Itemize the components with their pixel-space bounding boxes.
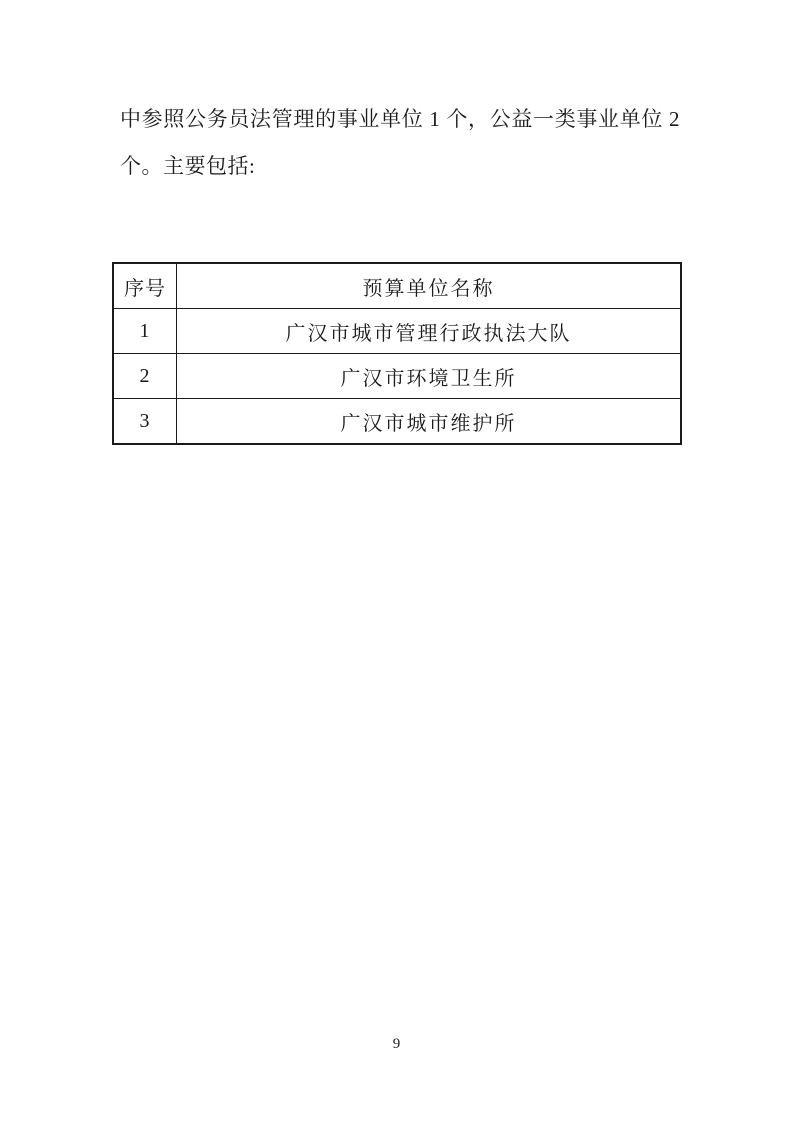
table-header-row: 序号 预算单位名称 xyxy=(113,263,681,309)
cell-unit-name: 广汉市城市维护所 xyxy=(177,399,682,445)
cell-unit-name: 广汉市环境卫生所 xyxy=(177,354,682,399)
budget-units-table: 序号 预算单位名称 1 广汉市城市管理行政执法大队 2 广汉市环境卫生所 3 广… xyxy=(112,262,682,445)
table-row: 1 广汉市城市管理行政执法大队 xyxy=(113,309,681,354)
table-row: 3 广汉市城市维护所 xyxy=(113,399,681,445)
paragraph-line-1: 中参照公务员法管理的事业单位 1 个，公益一类事业单位 2 xyxy=(120,96,680,143)
cell-unit-name: 广汉市城市管理行政执法大队 xyxy=(177,309,682,354)
document-page: 中参照公务员法管理的事业单位 1 个，公益一类事业单位 2 个。主要包括: 序号… xyxy=(0,0,793,1122)
table-row: 2 广汉市环境卫生所 xyxy=(113,354,681,399)
cell-serial-number: 2 xyxy=(113,354,177,399)
paragraph-line-2: 个。主要包括: xyxy=(120,143,680,190)
cell-serial-number: 1 xyxy=(113,309,177,354)
header-unit-name: 预算单位名称 xyxy=(177,263,682,309)
body-paragraph: 中参照公务员法管理的事业单位 1 个，公益一类事业单位 2 个。主要包括: xyxy=(120,96,680,190)
page-number: 9 xyxy=(0,1036,793,1053)
header-serial-number: 序号 xyxy=(113,263,177,309)
cell-serial-number: 3 xyxy=(113,399,177,445)
